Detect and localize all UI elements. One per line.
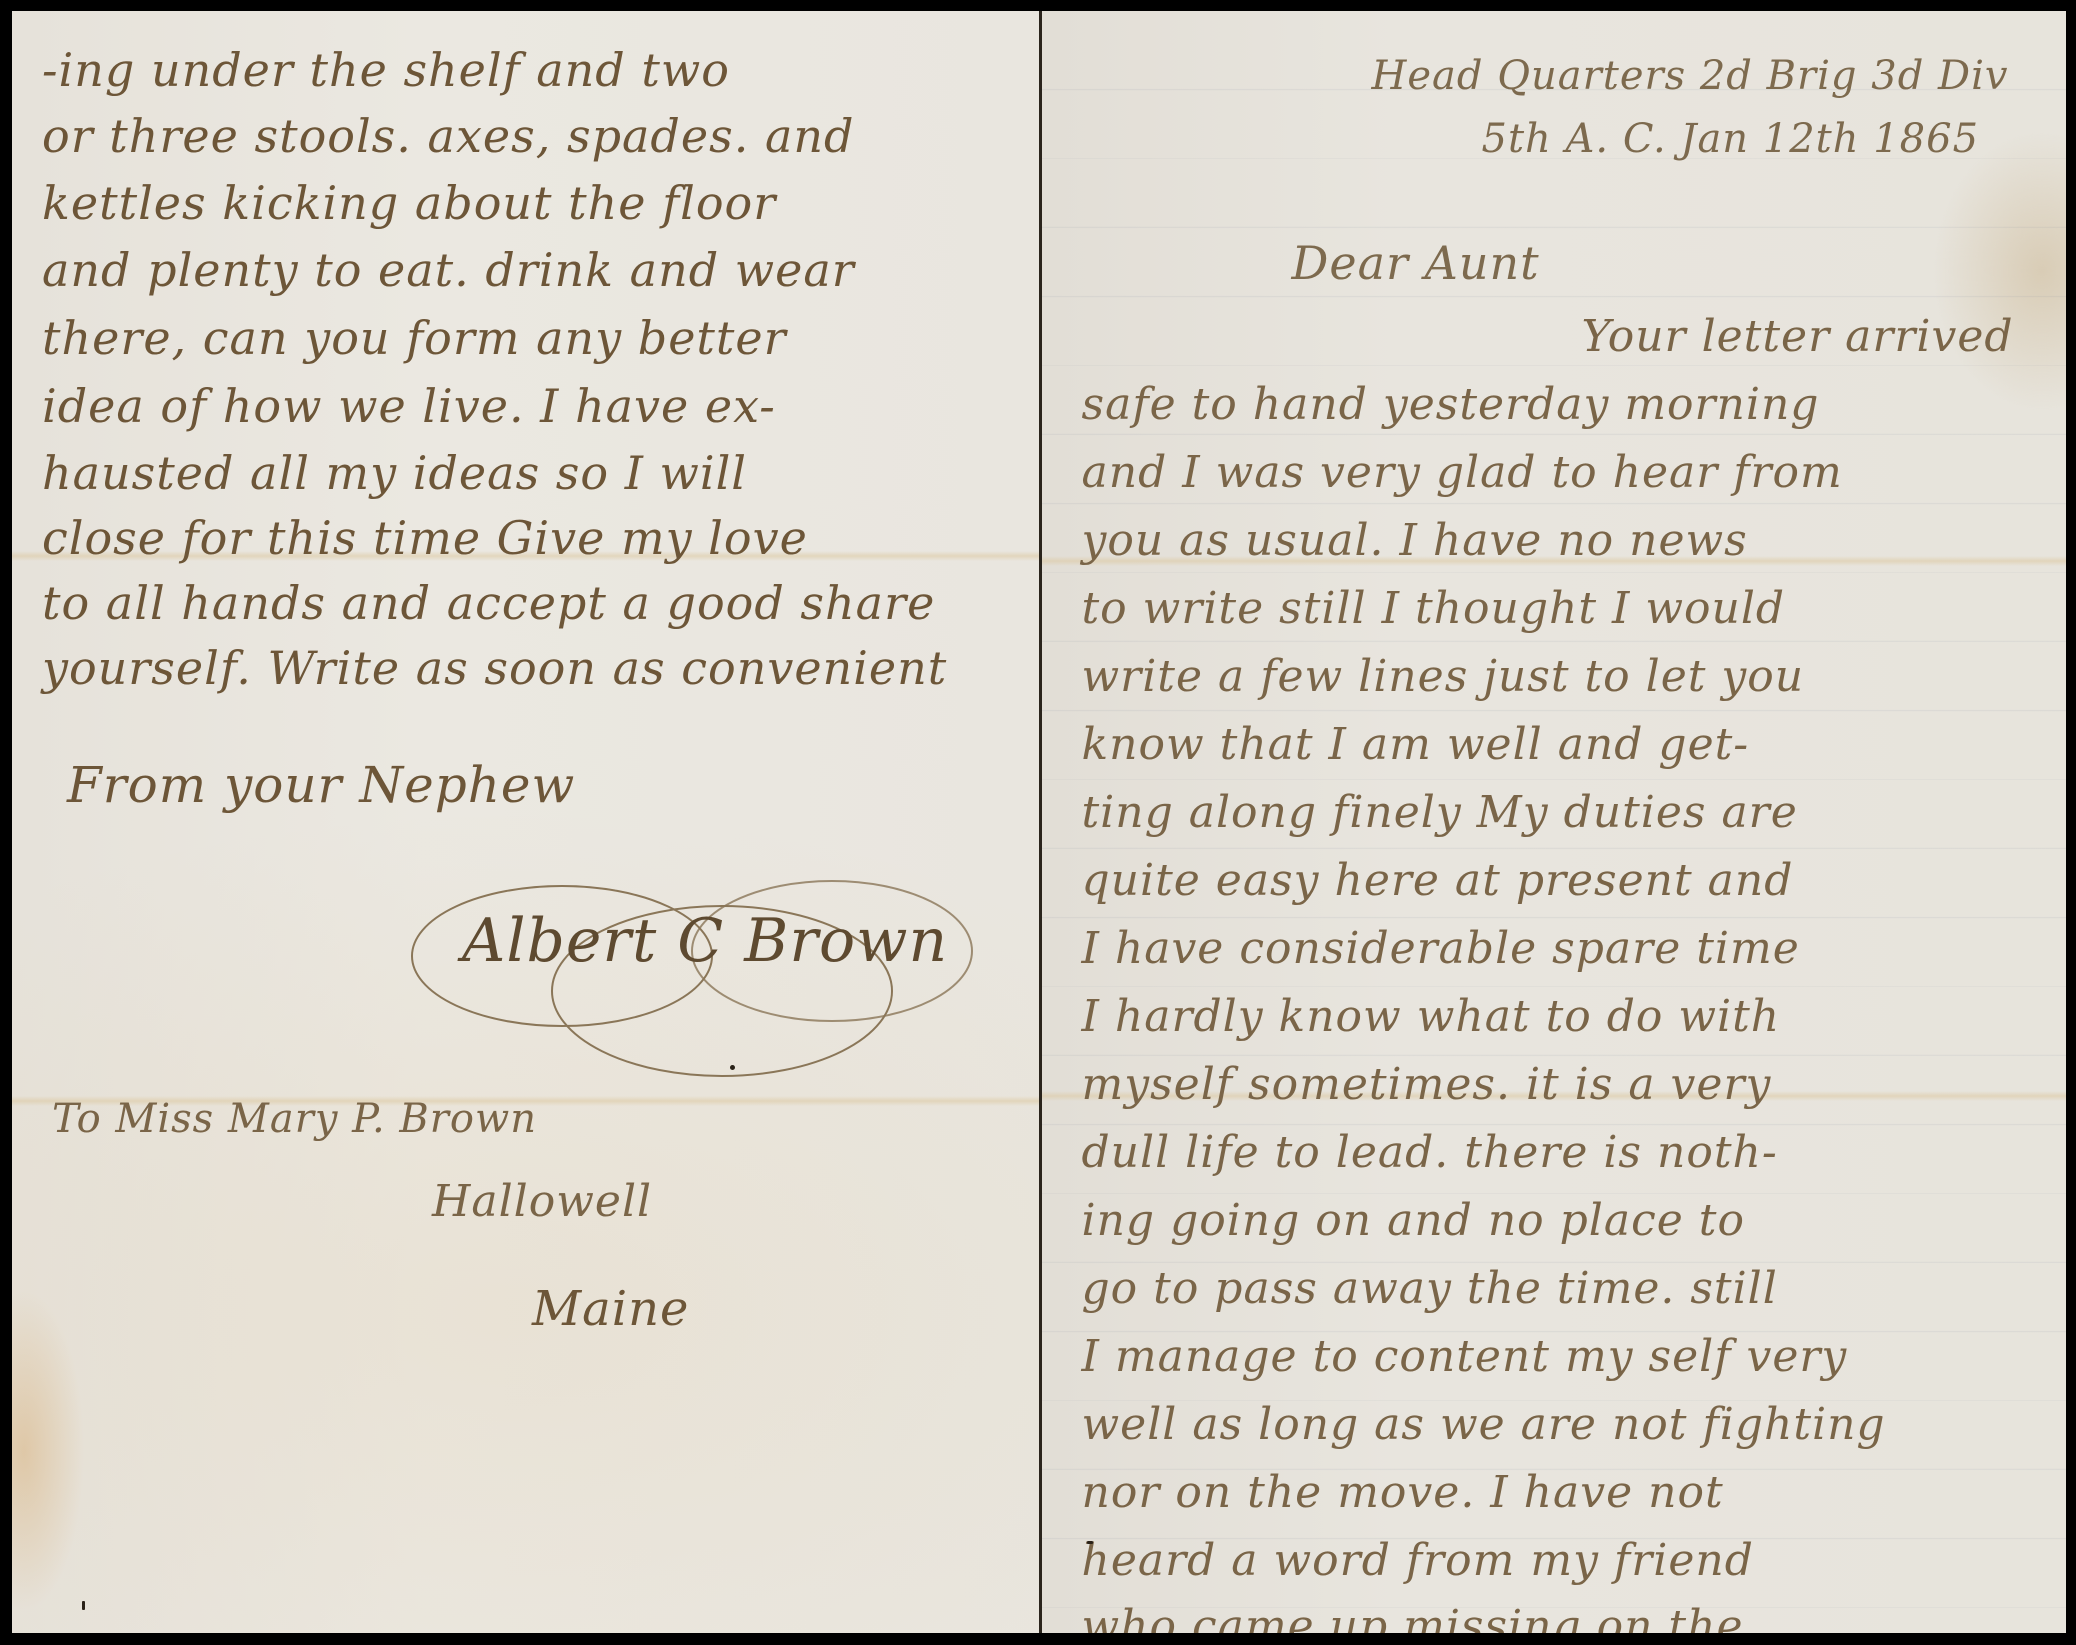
body-line: write a few lines just to let you [1082, 651, 1805, 702]
ink-speck [82, 1601, 85, 1610]
letter-spread: -ing under the shelf and two or three st… [12, 11, 2066, 1633]
body-line: kettles kicking about the floor [42, 176, 776, 230]
ink-speck [730, 1065, 735, 1070]
body-line: or three stools. axes, spades. and [42, 109, 854, 163]
signature: Albert C Brown [462, 906, 948, 976]
ink-speck [1087, 1541, 1093, 1544]
address-town: Hallowell [432, 1176, 652, 1227]
body-line: ing going on and no place to [1082, 1195, 1745, 1246]
body-line: I manage to content my self very [1082, 1331, 1848, 1382]
body-line: quite easy here at present and [1082, 855, 1794, 906]
body-line: you as usual. I have no news [1082, 515, 1748, 566]
address-recipient: To Miss Mary P. Brown [52, 1096, 537, 1142]
right-page: Head Quarters 2d Brig 3d Div 5th A. C. J… [1042, 11, 2067, 1633]
body-line: who came up missing on the [1082, 1601, 1744, 1633]
body-line: Your letter arrived [1582, 311, 2014, 362]
body-line: -ing under the shelf and two [42, 43, 730, 97]
body-line: idea of how we live. I have ex- [42, 379, 776, 433]
signature-flourish-icon [392, 861, 1032, 1121]
body-line: dull life to lead. there is noth- [1082, 1127, 1778, 1178]
body-line: I hardly know what to do with [1082, 991, 1781, 1042]
body-line: and I was very glad to hear from [1082, 447, 1843, 498]
body-line: to write still I thought I would [1082, 583, 1786, 634]
closing-line: From your Nephew [67, 756, 575, 814]
salutation: Dear Aunt [1292, 236, 1540, 290]
letter-heading-line1: Head Quarters 2d Brig 3d Div [1372, 53, 2009, 99]
body-line: there, can you form any better [42, 311, 787, 365]
left-page: -ing under the shelf and two or three st… [12, 11, 1039, 1633]
body-line: ting along finely My duties are [1082, 787, 1798, 838]
body-line: to all hands and accept a good share [42, 576, 935, 630]
body-line: close for this time Give my love [42, 511, 808, 565]
body-line: and plenty to eat. drink and wear [42, 243, 855, 297]
body-line: safe to hand yesterday morning [1082, 379, 1820, 430]
body-line: myself sometimes. it is a very [1082, 1059, 1772, 1110]
body-line: heard a word from my friend [1082, 1535, 1754, 1586]
body-line: go to pass away the time. still [1082, 1263, 1778, 1314]
body-line: well as long as we are not fighting [1082, 1399, 1886, 1450]
address-state: Maine [532, 1281, 689, 1337]
body-line: yourself. Write as soon as convenient [42, 641, 947, 695]
body-line: know that I am well and get- [1082, 719, 1750, 770]
body-line: hausted all my ideas so I will [42, 446, 747, 500]
body-line: nor on the move. I have not [1082, 1467, 1724, 1518]
letter-heading-line2: 5th A. C. Jan 12th 1865 [1482, 116, 1980, 162]
body-line: I have considerable spare time [1082, 923, 1800, 974]
